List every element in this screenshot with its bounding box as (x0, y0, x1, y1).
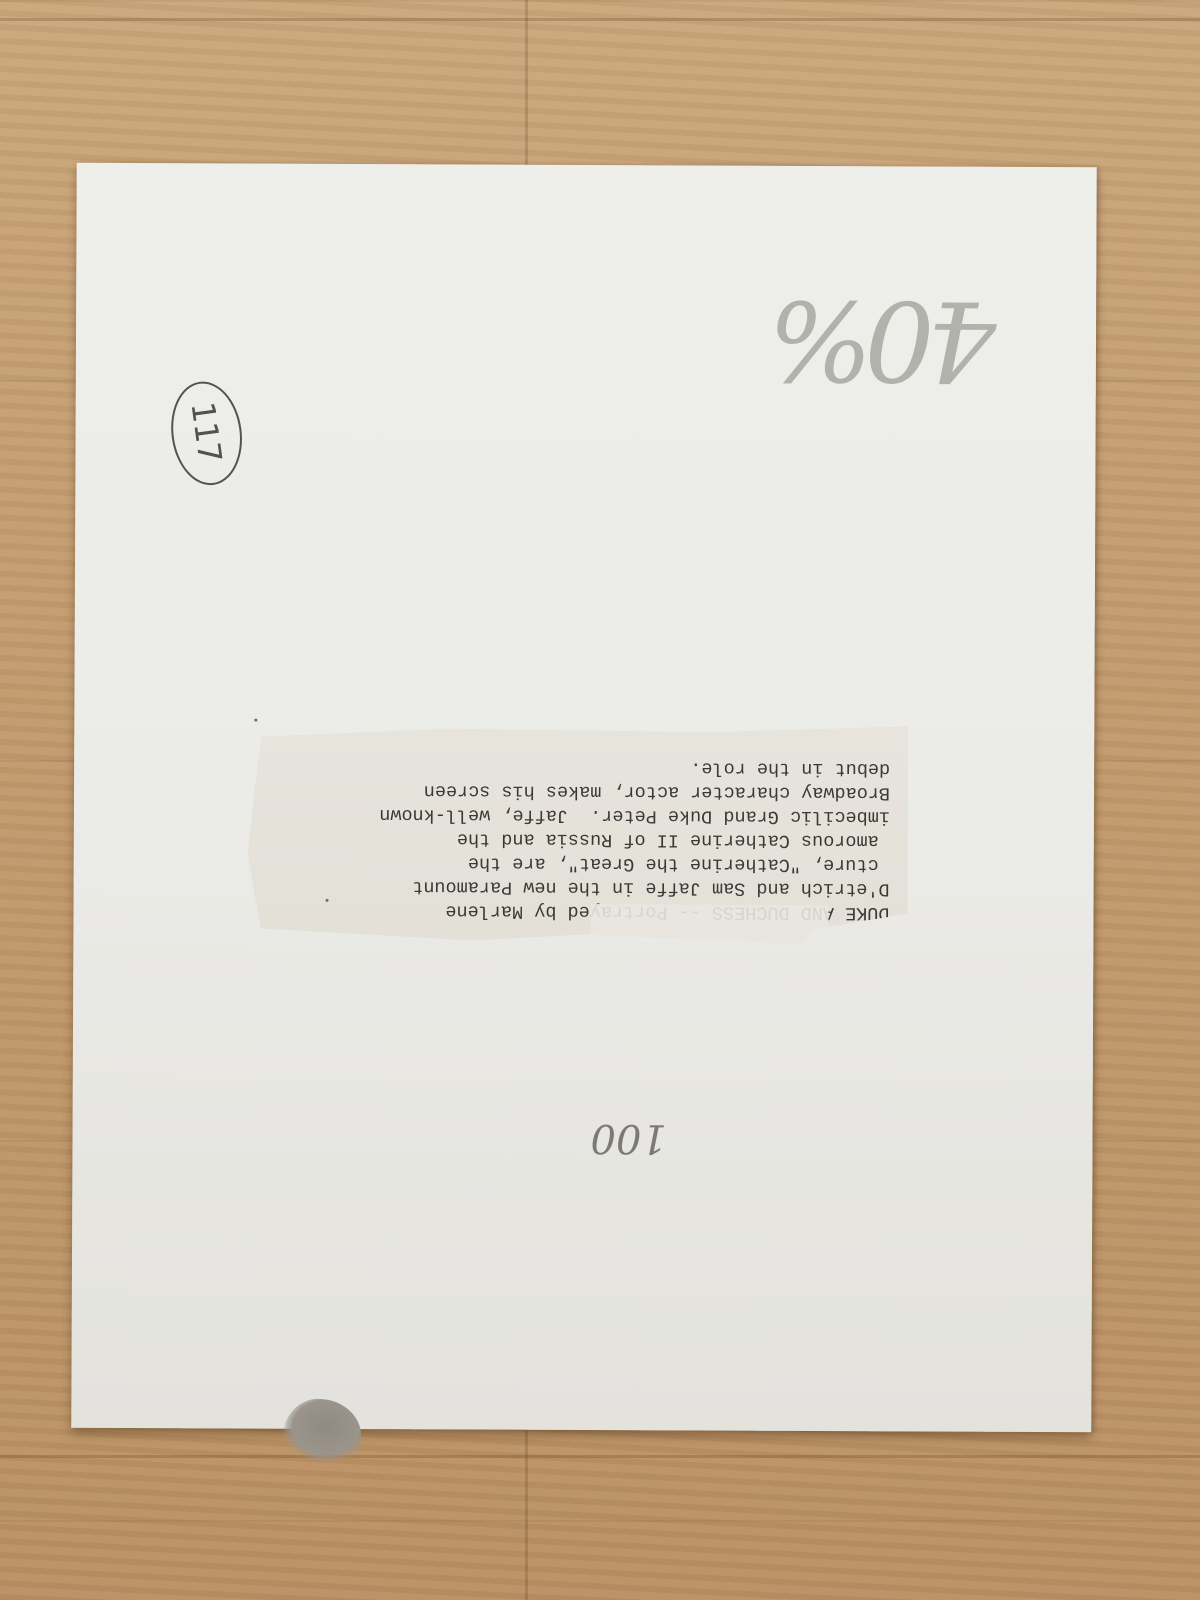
bottom-number-annotation: 100 (590, 1115, 667, 1161)
mark-dot (254, 719, 257, 722)
wood-seam (0, 1455, 1200, 1458)
caption-line: debut in the role. (690, 757, 890, 779)
caption-line: imbecilic Grand Duke Peter. Jaffe, well-… (379, 804, 890, 827)
circled-number: 117 (183, 397, 230, 468)
typed-caption-clipping: DUKE AND DUCHESS -- Portrayed by Marlene… (247, 724, 908, 945)
caption-text: DUKE AND DUCHESS -- Portrayed by Marlene… (269, 754, 890, 925)
caption-line: Broadway character actor, makes his scre… (424, 780, 890, 803)
photo-back-card: 117 40% DUKE AND DUCHESS -- Portrayed by… (71, 163, 1097, 1432)
mark-dot (326, 899, 329, 902)
wood-seam (0, 18, 1200, 21)
circled-number-annotation: 117 (165, 377, 248, 489)
caption-line: cture, "Catherine the Great", are the (468, 852, 890, 875)
caption-line: D'etrich and Sam Jaffe in the new Paramo… (412, 876, 889, 899)
stain-mark (283, 1399, 361, 1461)
percentage-annotation: 40% (776, 276, 997, 405)
caption-line: amorous Catherine II of Russia and the (457, 828, 890, 851)
adhesive-tape (591, 904, 829, 944)
